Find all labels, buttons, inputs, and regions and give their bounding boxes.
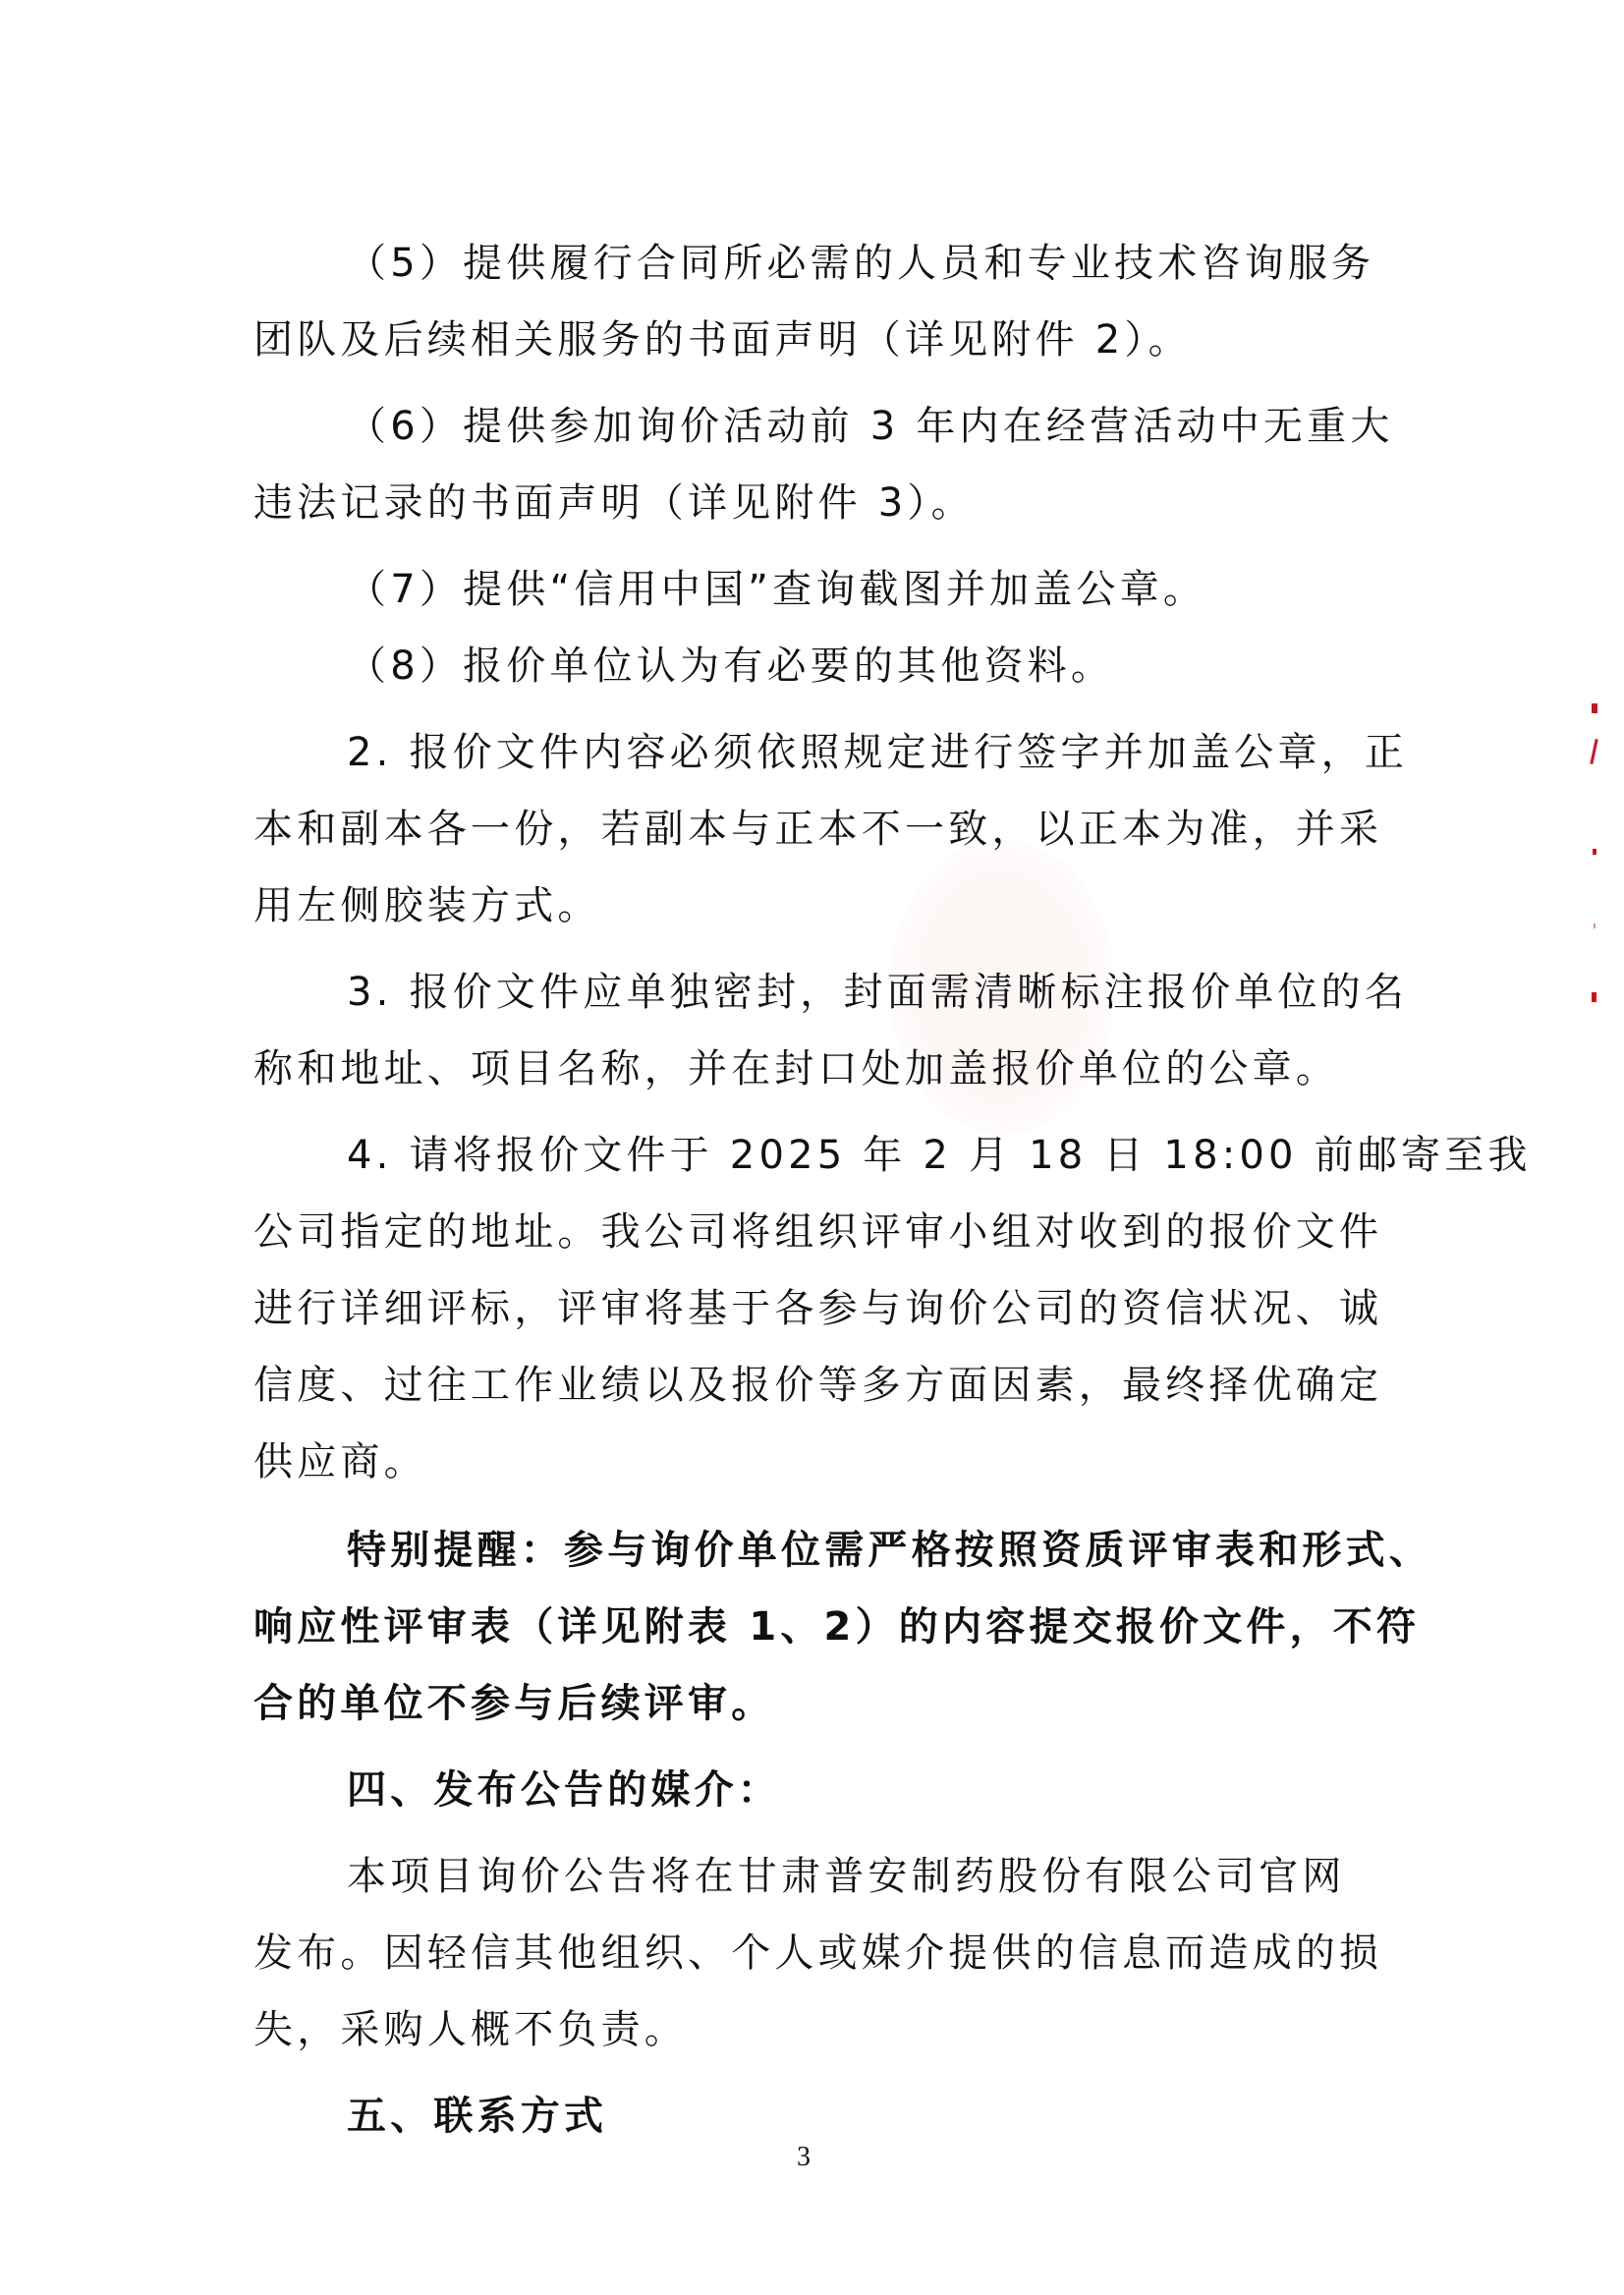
special-reminder-line-c: 合的单位不参与后续评审。	[253, 1674, 774, 1733]
text-line-item-6-a: （6）提供参加询价活动前 3 年内在经营活动中无重大	[347, 397, 1394, 456]
text-line-para-2-a: 2. 报价文件内容必须依照规定进行签字并加盖公章，正	[347, 723, 1408, 782]
section-heading-contact: 五、联系方式	[347, 2087, 607, 2146]
seal-edge-mark-5	[1592, 992, 1596, 1002]
text-line-para-3-b: 称和地址、项目名称，并在封口处加盖报价单位的公章。	[253, 1039, 1339, 1098]
text-line-para-2-c: 用左侧胶装方式。	[253, 876, 601, 935]
text-line-para-4-a: 4. 请将报价文件于 2025 年 2 月 18 日 18:00 前邮寄至我	[347, 1126, 1532, 1185]
text-line-item-5-a: （5）提供履行合同所必需的人员和专业技术咨询服务	[347, 234, 1374, 293]
text-line-para-4-d: 信度、过往工作业绩以及报价等多方面因素，最终择优确定	[253, 1356, 1382, 1415]
text-line-item-6-b: 违法记录的书面声明（详见附件 3）。	[253, 474, 975, 532]
text-line-para-4-c: 进行详细评标，评审将基于各参与询价公司的资信状况、诚	[253, 1279, 1382, 1338]
section-heading-media: 四、发布公告的媒介：	[347, 1761, 781, 1819]
text-line-para-2-b: 本和副本各一份，若副本与正本不一致，以正本为准，并采	[253, 800, 1382, 859]
text-line-media-c: 失，采购人概不负责。	[253, 2000, 688, 2059]
text-line-media-b: 发布。因轻信其他组织、个人或媒介提供的信息而造成的损	[253, 1924, 1382, 1983]
text-line-para-4-e: 供应商。	[253, 1432, 427, 1491]
seal-edge-mark-2	[1590, 739, 1597, 764]
page-number: 3	[797, 2142, 811, 2173]
seal-edge-mark-1	[1592, 703, 1597, 713]
text-line-para-3-a: 3. 报价文件应单独密封，封面需清晰标注报价单位的名	[347, 963, 1408, 1022]
seal-edge-mark-3	[1593, 849, 1596, 855]
text-line-para-4-b: 公司指定的地址。我公司将组织评审小组对收到的报价文件	[253, 1203, 1382, 1261]
text-line-media-a: 本项目询价公告将在甘肃普安制药股份有限公司官网	[347, 1847, 1346, 1906]
text-line-item-8: （8）报价单位认为有必要的其他资料。	[347, 637, 1114, 696]
seal-edge-mark-4	[1594, 924, 1596, 928]
text-line-item-7: （7）提供“信用中国”查询截图并加盖公章。	[347, 560, 1206, 619]
text-line-item-5-b: 团队及后续相关服务的书面声明（详见附件 2）。	[253, 310, 1192, 369]
special-reminder-line-b: 响应性评审表（详见附表 1、2）的内容提交报价文件，不符	[253, 1597, 1420, 1656]
special-reminder-line-a: 特别提醒：参与询价单位需严格按照资质评审表和形式、	[347, 1521, 1432, 1580]
document-page: （5）提供履行合同所必需的人员和专业技术咨询服务 团队及后续相关服务的书面声明（…	[0, 0, 1624, 2295]
